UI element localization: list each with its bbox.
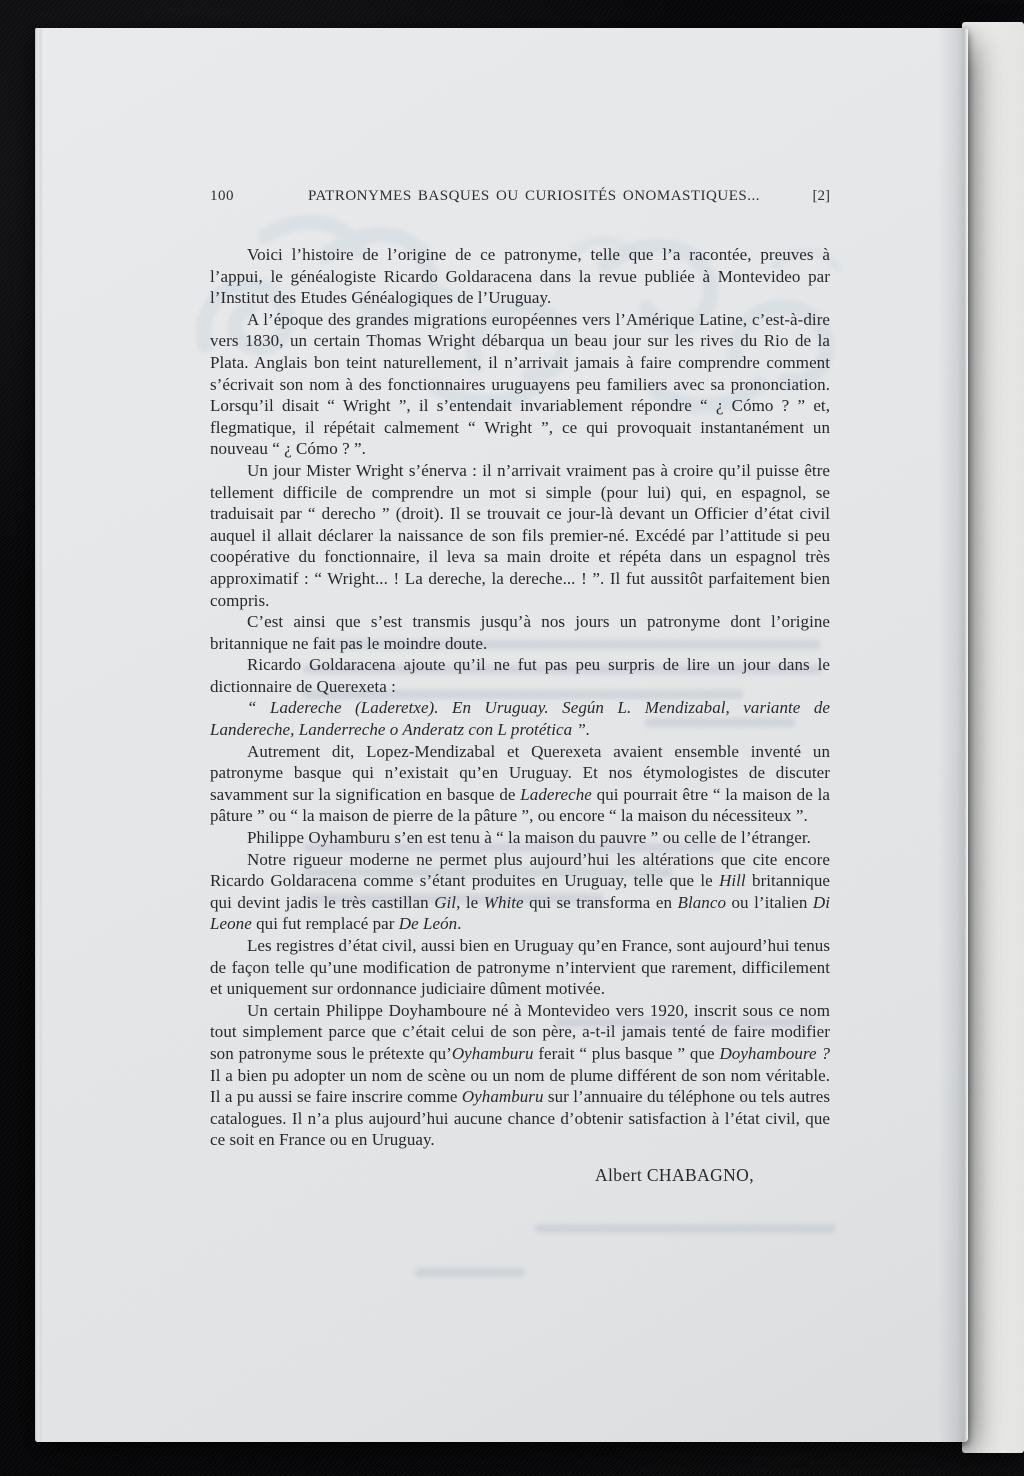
paragraph-7: Autrement dit, Lopez-Mendizabal et Quere… <box>210 741 830 827</box>
paragraph-10: Les registres d’état civil, aussi bien e… <box>210 935 830 1000</box>
paragraph-text-run: qui fut remplacé par <box>252 914 399 933</box>
page-header: 100 PATRONYMES BASQUES OU CURIOSITÉS ONO… <box>210 188 830 205</box>
paragraph-6: “ Ladereche (Laderetxe). En Uruguay. Seg… <box>210 697 830 740</box>
page-content: 100 PATRONYMES BASQUES OU CURIOSITÉS ONO… <box>210 188 830 1186</box>
paragraph-8: Philippe Oyhamburu s’en est tenu à “ la … <box>210 827 830 849</box>
photo-background: 100 PATRONYMES BASQUES OU CURIOSITÉS ONO… <box>0 0 1024 1476</box>
paragraph-2: A l’époque des grandes migrations europé… <box>210 309 830 460</box>
paragraph-text-run: . <box>457 914 461 933</box>
paragraph-text-run: Voici l’histoire de l’origine de ce patr… <box>210 245 830 307</box>
paragraph-1: Voici l’histoire de l’origine de ce patr… <box>210 244 830 309</box>
paragraph-text-run: “ Ladereche (Laderetxe). En Uruguay. Seg… <box>210 698 830 739</box>
paragraph-3: Un jour Mister Wright s’énerva : il n’ar… <box>210 460 830 611</box>
paragraph-text-run: ou l’italien <box>726 893 813 912</box>
paragraph-text-run: De León <box>399 914 457 933</box>
paragraph-text-run: White <box>484 893 524 912</box>
paragraph-text-run: Oyhamburu <box>452 1044 534 1063</box>
adjacent-page-edge <box>962 22 1024 1453</box>
paragraph-text-run: A l’époque des grandes migrations europé… <box>210 310 830 459</box>
show-through-smudge <box>535 1224 835 1233</box>
paragraph-text-run: Oyhamburu <box>462 1087 544 1106</box>
paragraph-text-run: Les registres d’état civil, aussi bien e… <box>210 936 830 998</box>
book-page: 100 PATRONYMES BASQUES OU CURIOSITÉS ONO… <box>35 28 968 1442</box>
article-reference: [2] <box>786 188 830 205</box>
author-signature: Albert CHABAGNO, <box>210 1165 830 1186</box>
paragraph-text-run: C’est ainsi que s’est transmis jusqu’à n… <box>210 612 830 653</box>
body-paragraphs: Voici l’histoire de l’origine de ce patr… <box>210 244 830 1151</box>
paragraph-text-run: ferait “ plus basque ” que <box>534 1044 720 1063</box>
paragraph-text-run: Hill <box>719 871 746 890</box>
paragraph-text-run: qui se transforma en <box>524 893 678 912</box>
paragraph-text-run: Ricardo Goldaracena ajoute qu’il ne fut … <box>210 655 830 696</box>
paragraph-text-run: Blanco <box>678 893 726 912</box>
paragraph-5: Ricardo Goldaracena ajoute qu’il ne fut … <box>210 654 830 697</box>
show-through-smudge <box>415 1268 525 1277</box>
paragraph-4: C’est ainsi que s’est transmis jusqu’à n… <box>210 611 830 654</box>
paragraph-text-run: Gil, <box>434 893 460 912</box>
paragraph-text-run: Doyhamboure ? <box>719 1044 830 1063</box>
paragraph-text-run: Un jour Mister Wright s’énerva : il n’ar… <box>210 461 830 610</box>
paragraph-text-run: Ladereche <box>520 785 592 804</box>
page-number: 100 <box>210 188 282 205</box>
paragraph-11: Un certain Philippe Doyhamboure né à Mon… <box>210 1000 830 1151</box>
running-title: PATRONYMES BASQUES OU CURIOSITÉS ONOMAST… <box>282 188 786 205</box>
paragraph-text-run: le <box>460 893 483 912</box>
paragraph-text-run: Philippe Oyhamburu s’en est tenu à “ la … <box>247 828 811 847</box>
paragraph-9: Notre rigueur moderne ne permet plus auj… <box>210 849 830 935</box>
